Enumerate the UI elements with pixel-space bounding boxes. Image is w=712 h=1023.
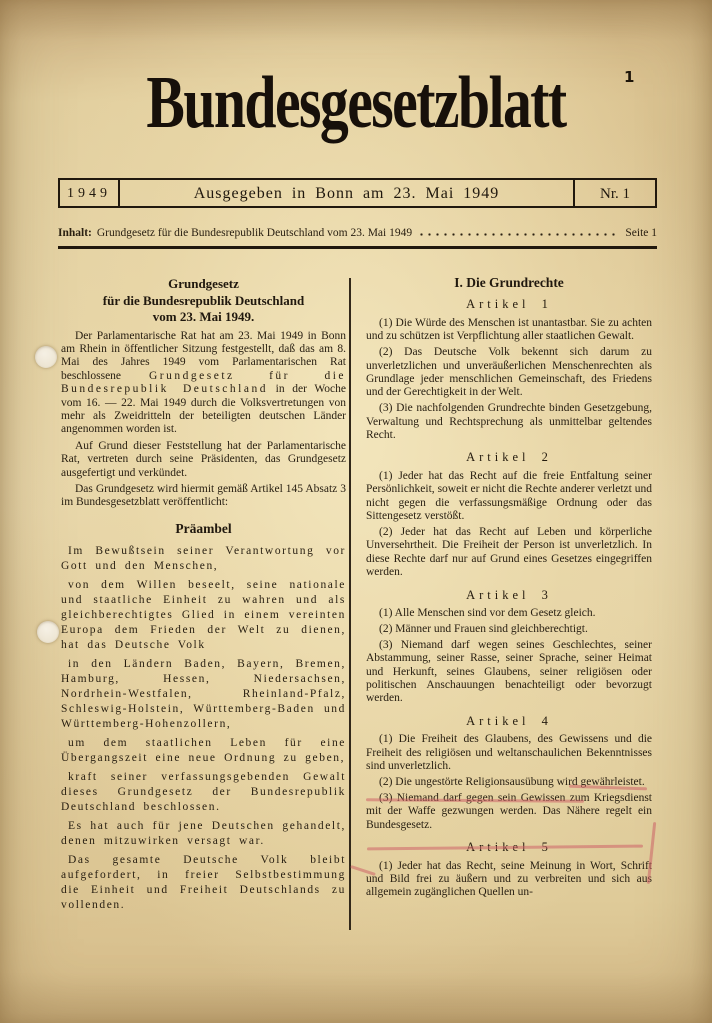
banner-issued-line: Ausgegeben in Bonn am 23. Mai 1949: [120, 180, 573, 206]
article-paragraph: (1) Jeder hat das Recht auf die freie En…: [366, 470, 652, 524]
contents-page-ref: Seite 1: [625, 227, 657, 239]
article-paragraph: (1) Die Freiheit des Glaubens, des Gewis…: [366, 733, 652, 773]
article-paragraph: (1) Alle Menschen sind vor dem Gesetz gl…: [366, 607, 652, 620]
article-paragraph: (2) Männer und Frauen sind gleichberecht…: [366, 623, 652, 636]
contents-label: Inhalt:: [58, 227, 92, 239]
article-heading: Artikel 2: [366, 451, 652, 464]
document-page: 1 Bundesgesetzblatt 1949 Ausgegeben in B…: [0, 0, 712, 1023]
article-paragraph: (1) Die Würde des Menschen ist unantastb…: [366, 317, 652, 344]
article-heading: Artikel 4: [366, 715, 652, 728]
promulgation-paragraph: Auf Grund dieser Feststellung hat der Pa…: [61, 440, 346, 480]
article-heading: Artikel 5: [366, 841, 652, 854]
promulgation-paragraph: Der Parlamentarische Rat hat am 23. Mai …: [61, 330, 346, 437]
preamble-paragraph: um dem staatlichen Leben für eine Überga…: [61, 736, 346, 766]
article-paragraph: (1) Jeder hat das Recht, seine Meinung i…: [366, 860, 652, 900]
article-paragraph: (3) Die nachfolgenden Grundrechte binden…: [366, 402, 652, 442]
preamble-paragraph: Im Bewußtsein seiner Verantwortung vor G…: [61, 544, 346, 574]
right-column: I. Die Grundrechte Artikel 1 (1) Die Wür…: [366, 276, 652, 900]
preamble-heading: Präambel: [61, 522, 346, 535]
article-paragraph: (3) Niemand darf gegen sein Gewissen zum…: [366, 792, 652, 832]
law-title-line: für die Bundesrepublik Deutschland: [61, 293, 346, 310]
preamble-paragraph: Das gesamte Deutsche Volk bleibt aufgefo…: [61, 853, 346, 913]
article-heading: Artikel 3: [366, 589, 652, 602]
article-paragraph: (2) Jeder hat das Recht auf Leben und kö…: [366, 526, 652, 580]
header-rule: [58, 246, 657, 249]
article-paragraph: (2) Die ungestörte Religionsausübung wir…: [366, 776, 652, 789]
banner-issue-number: Nr. 1: [573, 180, 657, 206]
issue-banner: 1949 Ausgegeben in Bonn am 23. Mai 1949 …: [58, 178, 657, 208]
law-title-line: vom 23. Mai 1949.: [61, 309, 346, 326]
preamble-paragraph: Es hat auch für jene Deutschen gehandelt…: [61, 819, 346, 849]
article-paragraph: (3) Niemand darf wegen seines Geschlecht…: [366, 639, 652, 706]
dot-leader: [420, 233, 619, 236]
contents-text: Grundgesetz für die Bundesrepublik Deuts…: [97, 227, 412, 239]
preamble-paragraph: von dem Willen beseelt, seine nationale …: [61, 578, 346, 653]
article-heading: Artikel 1: [366, 298, 652, 311]
article-paragraph: (2) Das Deutsche Volk bekennt sich darum…: [366, 346, 652, 400]
law-title-line: Grundgesetz: [61, 276, 346, 293]
masthead-title: Bundesgesetzblatt: [78, 66, 633, 140]
contents-line: Inhalt: Grundgesetz für die Bundesrepubl…: [58, 222, 657, 239]
punch-hole: [35, 346, 57, 368]
column-divider: [349, 278, 351, 930]
punch-hole: [37, 621, 59, 643]
promulgation-paragraph: Das Grundgesetz wird hiermit gemäß Artik…: [61, 483, 346, 510]
left-column: Grundgesetz für die Bundesrepublik Deuts…: [61, 276, 346, 913]
banner-year: 1949: [58, 180, 120, 206]
section-heading: I. Die Grundrechte: [366, 276, 652, 289]
preamble-paragraph: in den Ländern Baden, Bayern, Bremen, Ha…: [61, 657, 346, 732]
preamble-paragraph: kraft seiner verfassungsgebenden Gewalt …: [61, 770, 346, 815]
